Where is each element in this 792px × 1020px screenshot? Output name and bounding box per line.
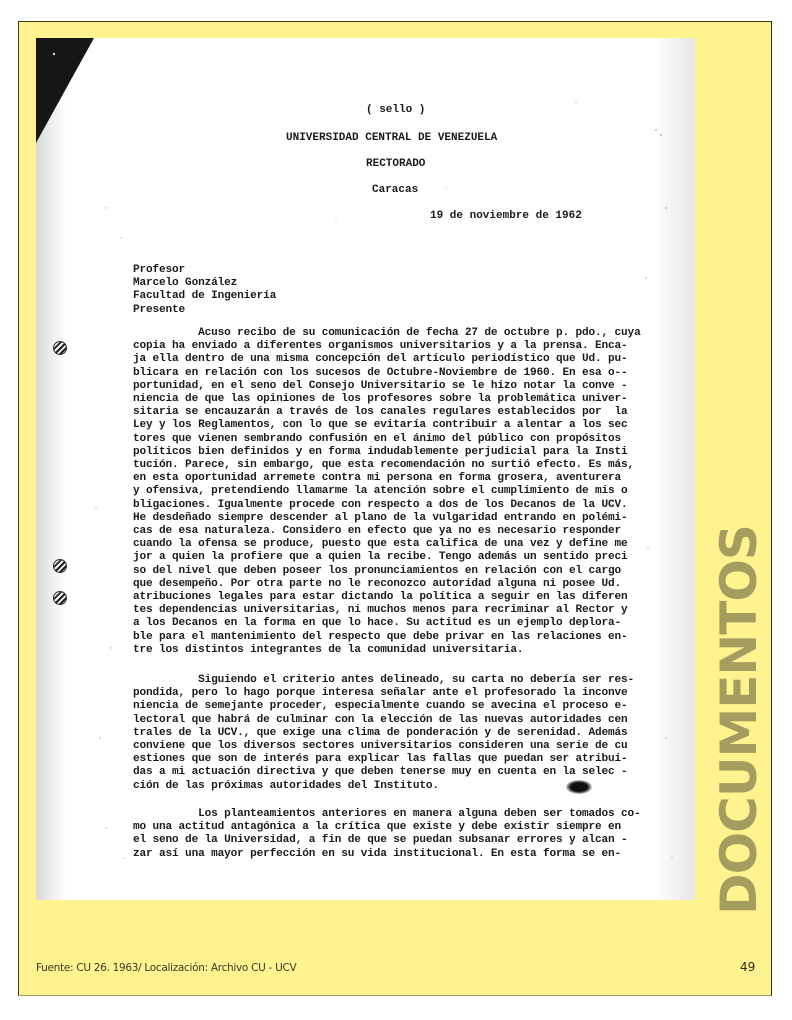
letter-office: RECTORADO [366, 158, 425, 170]
letter-date: 19 de noviembre de 1962 [430, 210, 582, 222]
letter-paragraph: Los planteamientos anteriores en manera … [133, 808, 641, 861]
letter-institution: UNIVERSIDAD CENTRAL DE VENEZUELA [286, 132, 497, 144]
page-number: 49 [740, 960, 755, 974]
scanned-letter: ( sello ) UNIVERSIDAD CENTRAL DE VENEZUE… [36, 38, 695, 900]
letter-paragraph: Acuso recibo de su comunicación de fecha… [133, 327, 641, 657]
punch-hole-mark [53, 559, 67, 573]
source-caption: Fuente: CU 26. 1963/ Localización: Archi… [36, 962, 296, 974]
letter-recipient: Profesor Marcelo González Facultad de In… [133, 264, 276, 317]
letter-paragraph: Siguiendo el criterio antes delineado, s… [133, 674, 634, 793]
ink-blot [566, 780, 592, 794]
letter-stamp: ( sello ) [366, 104, 425, 116]
section-title: DOCUMENTOS [710, 525, 768, 915]
punch-hole-mark [53, 341, 67, 355]
letter-city: Caracas [372, 184, 418, 196]
punch-hole-mark [53, 591, 67, 605]
